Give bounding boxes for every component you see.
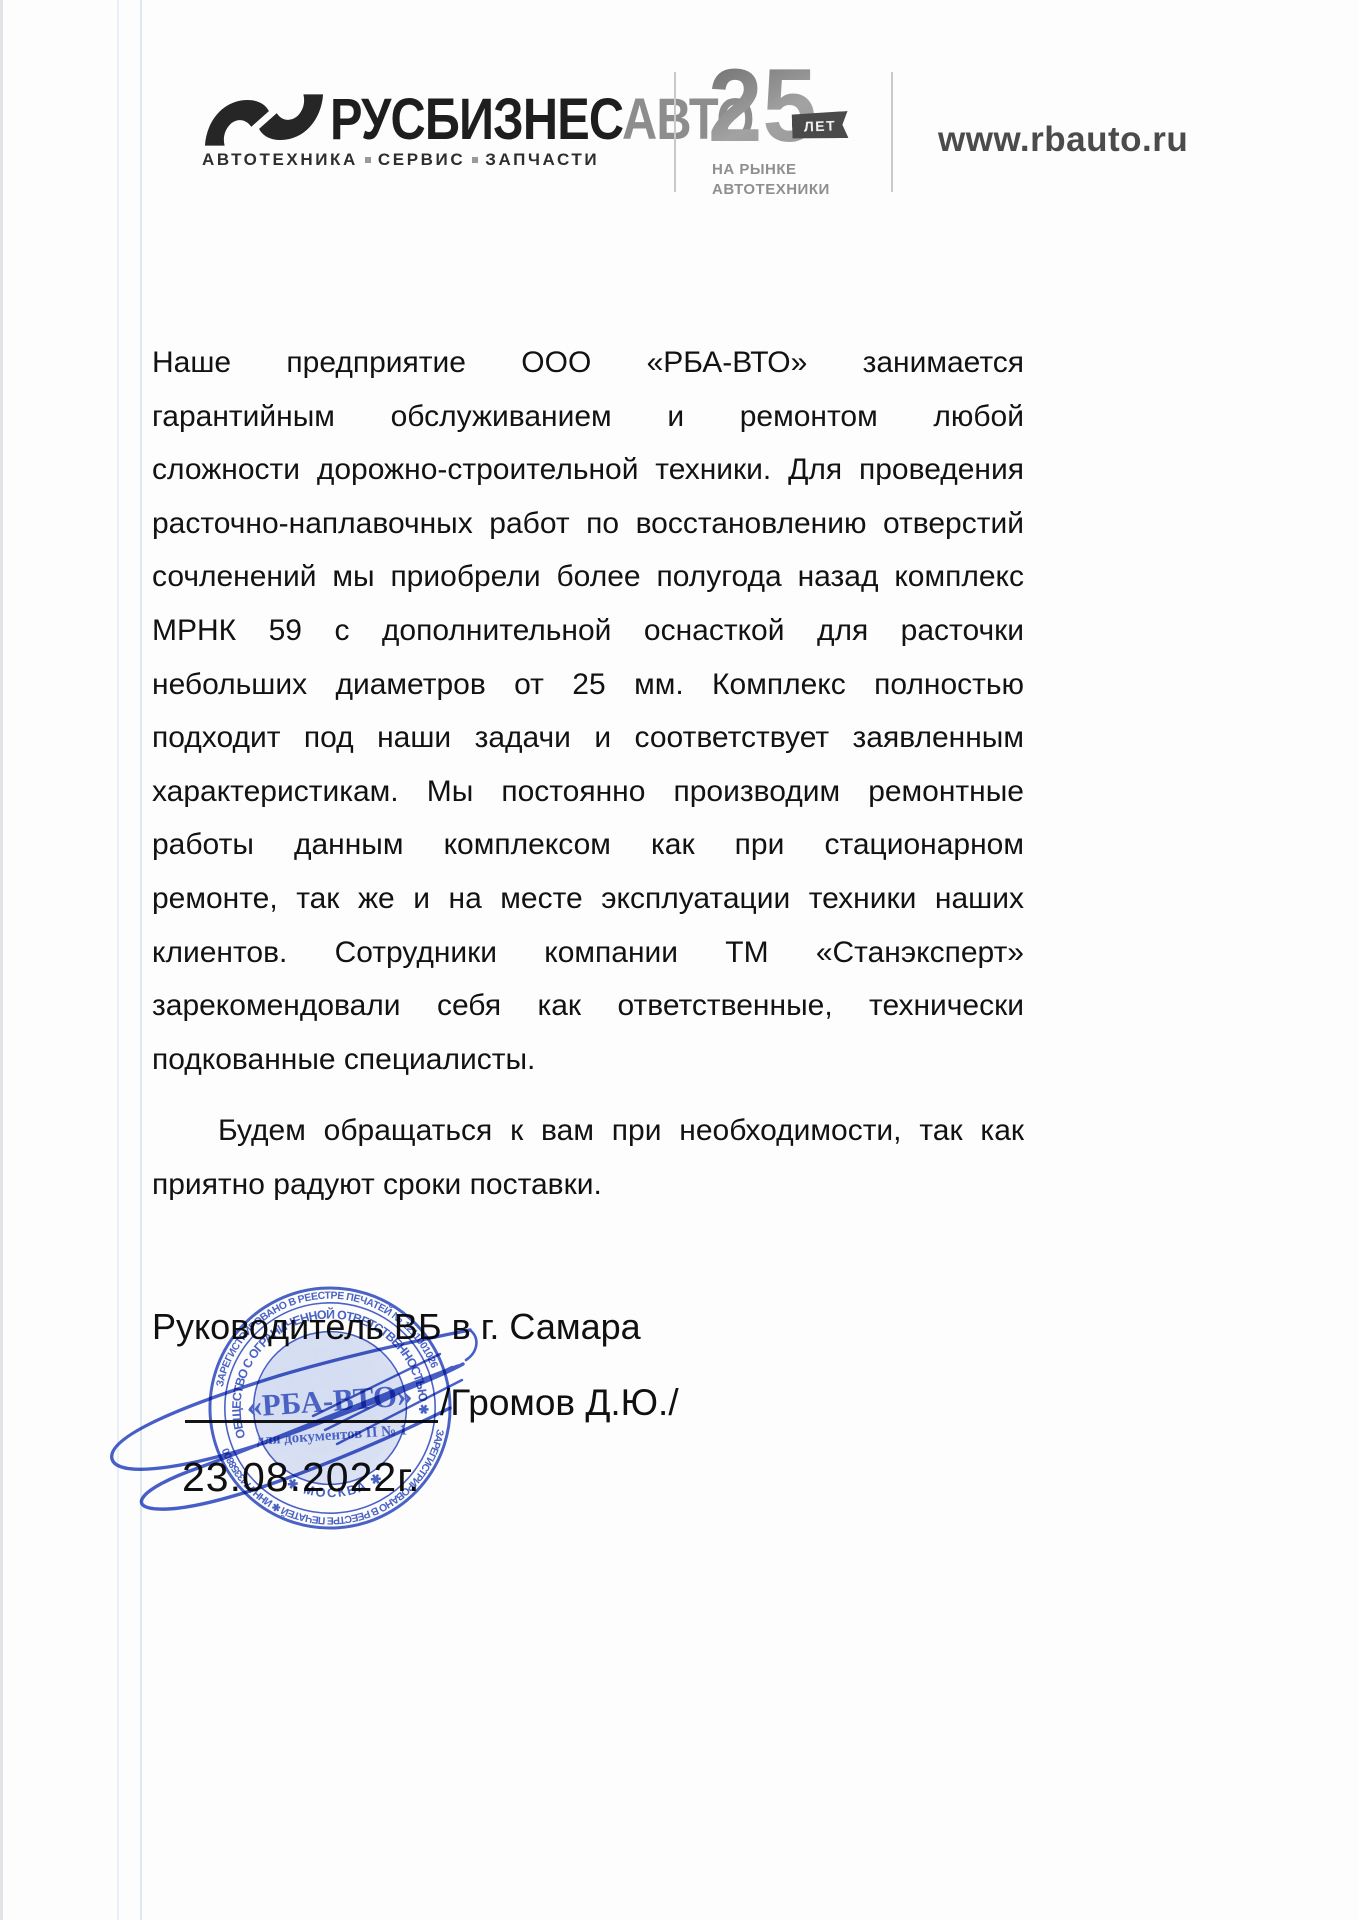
body-line: сложности дорожно-строительной техники. … (152, 443, 1024, 497)
paragraph-2: Будем обращаться к вам при необходимости… (152, 1104, 1024, 1211)
paragraph-1: Наше предприятие ООО «РБА-ВТО» занимаетс… (152, 336, 1024, 1086)
company-name: РУСБИЗНЕСАВТО (330, 86, 754, 153)
separator-dot-icon (472, 157, 478, 163)
body-line: характеристикам. Мы постоянно производим… (152, 765, 1024, 819)
body-line: клиентов. Сотрудники компании ТМ «Станэк… (152, 926, 1024, 980)
handwritten-signature (78, 1296, 498, 1536)
letter-body: Наше предприятие ООО «РБА-ВТО» занимаетс… (152, 336, 1024, 1212)
body-line: гарантийным обслуживанием и ремонтом люб… (152, 390, 1024, 444)
body-line: работы данным комплексом как при стацион… (152, 818, 1024, 872)
tagline-word: АВТОТЕХНИКА (202, 150, 358, 170)
tagline-word: СЕРВИС (378, 150, 465, 170)
anniversary-number: 25 (708, 56, 817, 156)
anniversary-caption: НА РЫНКЕ АВТОТЕХНИКИ (712, 160, 830, 200)
company-tagline: АВТОТЕХНИКА СЕРВИС ЗАПЧАСТИ (202, 150, 599, 170)
body-line: МРНК 59 с дополнительной оснасткой для р… (152, 604, 1024, 658)
body-line: Будем обращаться к вам при необходимости… (152, 1104, 1024, 1158)
body-line: сочленений мы приобрели более полугода н… (152, 550, 1024, 604)
body-line: небольших диаметров от 25 мм. Комплекс п… (152, 658, 1024, 712)
body-line: Наше предприятие ООО «РБА-ВТО» занимаетс… (152, 336, 1024, 390)
website-url: www.rbauto.ru (938, 120, 1188, 160)
scan-fold-line (117, 0, 119, 1920)
let-ribbon-badge: ЛЕТ (792, 111, 849, 140)
anniversary-caption-line: АВТОТЕХНИКИ (712, 180, 830, 200)
brand-part-black: РУСБИЗНЕС (330, 87, 622, 152)
tagline-word: ЗАПЧАСТИ (485, 150, 599, 170)
scan-fold-line (140, 0, 142, 1920)
body-line: подходит под наши задачи и соответствует… (152, 711, 1024, 765)
rusbiznesavto-logo-icon (200, 88, 328, 152)
header-divider (674, 72, 676, 192)
body-line: приятно радуют сроки поставки. (152, 1158, 1024, 1212)
anniversary-caption-line: НА РЫНКЕ (712, 160, 830, 180)
body-line: подкованные специалисты. (152, 1033, 1024, 1087)
separator-dot-icon (365, 157, 371, 163)
body-line: зарекомендовали себя как ответственные, … (152, 979, 1024, 1033)
body-line: расточно-наплавочных работ по восстановл… (152, 497, 1024, 551)
body-line: ремонте, так же и на месте эксплуатации … (152, 872, 1024, 926)
scan-edge-artifact (0, 0, 3, 1920)
scanned-letter-page: РУСБИЗНЕСАВТО АВТОТЕХНИКА СЕРВИС ЗАПЧАСТ… (0, 0, 1358, 1920)
header-divider (891, 72, 893, 192)
